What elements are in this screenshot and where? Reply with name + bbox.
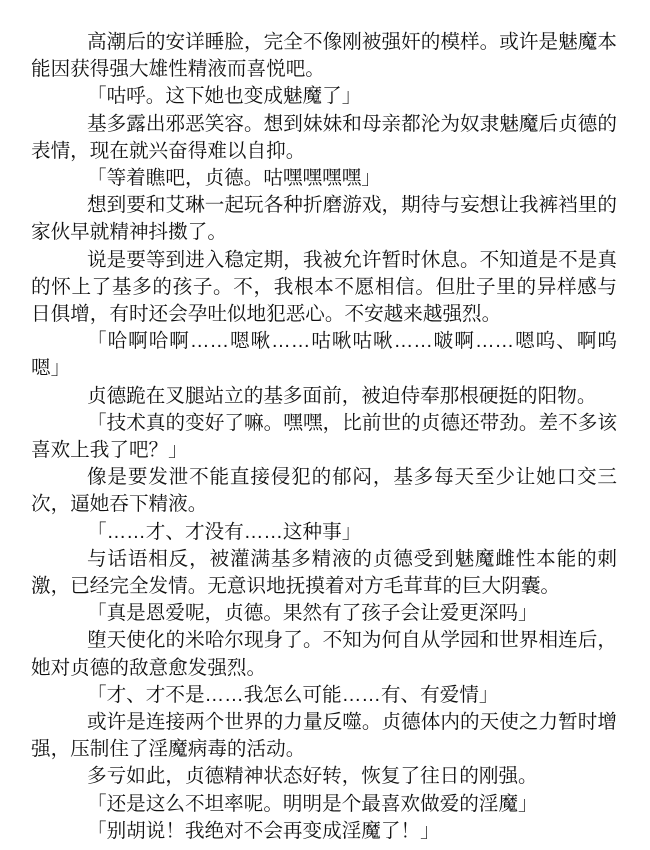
text-content: 高潮后的安详睡脸，完全不像刚被强奸的模样。或许是魅魔本能因获得强大雄性精液而喜悦… bbox=[31, 29, 617, 845]
narration-paragraph: 基多露出邪恶笑容。想到妹妹和母亲都沦为奴隶魅魔后贞德的表情，现在就兴奋得难以自抑… bbox=[31, 111, 617, 165]
dialogue-paragraph: 「还是这么不坦率呢。明明是个最喜欢做爱的淫魔」 bbox=[31, 791, 617, 818]
dialogue-paragraph: 「技术真的变好了嘛。嘿嘿，比前世的贞德还带劲。差不多该喜欢上我了吧？」 bbox=[31, 410, 617, 464]
dialogue-paragraph: 「等着瞧吧，贞德。咕嘿嘿嘿嘿」 bbox=[31, 165, 617, 192]
narration-paragraph: 堕天使化的米哈尔现身了。不知为何自从学园和世界相连后，她对贞德的敌意愈发强烈。 bbox=[31, 627, 617, 681]
dialogue-paragraph: 「才、才不是……我怎么可能……有、有爱情」 bbox=[31, 682, 617, 709]
narration-paragraph: 多亏如此，贞德精神状态好转，恢复了往日的刚强。 bbox=[31, 763, 617, 790]
dialogue-paragraph: 「真是恩爱呢，贞德。果然有了孩子会让爱更深吗」 bbox=[31, 600, 617, 627]
narration-paragraph: 像是要发泄不能直接侵犯的郁闷，基多每天至少让她口交三次，逼她吞下精液。 bbox=[31, 464, 617, 518]
dialogue-paragraph: 「……才、才没有……这种事」 bbox=[31, 519, 617, 546]
dialogue-paragraph: 「哈啊哈啊……嗯啾……咕啾咕啾……啵啊……嗯呜、啊呜嗯」 bbox=[31, 328, 617, 382]
narration-paragraph: 贞德跪在叉腿站立的基多面前，被迫侍奉那根硬挺的阳物。 bbox=[31, 383, 617, 410]
narration-paragraph: 高潮后的安详睡脸，完全不像刚被强奸的模样。或许是魅魔本能因获得强大雄性精液而喜悦… bbox=[31, 29, 617, 83]
novel-page: 高潮后的安详睡脸，完全不像刚被强奸的模样。或许是魅魔本能因获得强大雄性精液而喜悦… bbox=[0, 0, 650, 850]
dialogue-paragraph: 「咕呼。这下她也变成魅魔了」 bbox=[31, 83, 617, 110]
dialogue-paragraph: 「别胡说！我绝对不会再变成淫魔了！」 bbox=[31, 818, 617, 845]
narration-paragraph: 说是要等到进入稳定期，我被允许暂时休息。不知道是不是真的怀上了基多的孩子。不，我… bbox=[31, 247, 617, 329]
narration-paragraph: 或许是连接两个世界的力量反噬。贞德体内的天使之力暂时增强，压制住了淫魔病毒的活动… bbox=[31, 709, 617, 763]
narration-paragraph: 想到要和艾琳一起玩各种折磨游戏，期待与妄想让我裤裆里的家伙早就精神抖擞了。 bbox=[31, 192, 617, 246]
narration-paragraph: 与话语相反，被灌满基多精液的贞德受到魅魔雌性本能的刺激，已经完全发情。无意识地抚… bbox=[31, 546, 617, 600]
